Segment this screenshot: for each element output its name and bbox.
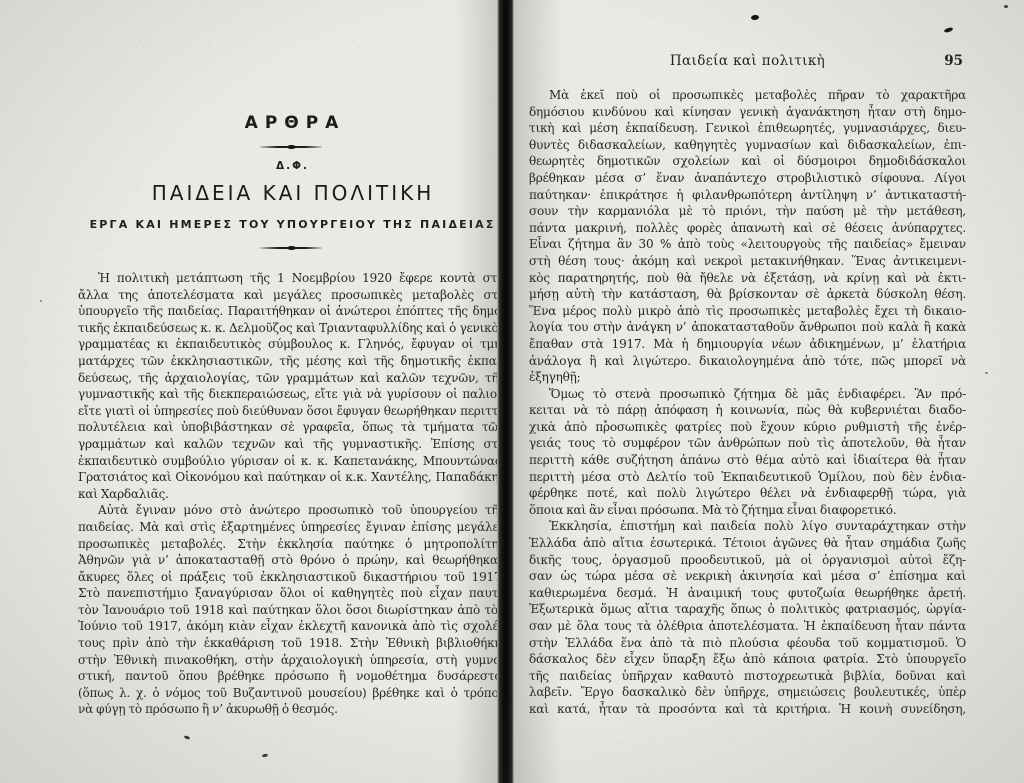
text-line: καὶ κατά, ἦταν τὰ προσόντα καὶ τὰ κριτήρ… — [529, 701, 966, 718]
text-line: Στὸ πανεπιστήμιο ξαναγύρισαν ὅλοι οἱ καθ… — [78, 585, 497, 602]
text-line: ἀνάλογα ἢ καὶ λιγώτερο. δικαιολογημένα ἀ… — [529, 353, 966, 370]
paragraph: Ἡ πολιτικὴ μετάπτωση τῆς 1 Νοεμβρίου 192… — [78, 270, 497, 502]
text-line: ματάρχες τῶν ἐκκλησιαστικῶν, τῆς μέσης κ… — [78, 353, 497, 370]
right-page: Παιδεία καὶ πολιτικὴ 95 Μὰ ἐκεῖ ποὺ οἱ π… — [514, 0, 1024, 783]
article-subtitle: ΕΡΓΑ ΚΑΙ ΗΜΕΡΕΣ ΤΟΥ ΥΠΟΥΡΓΕΙΟΥ ΤΗΣ ΠΑΙΔΕ… — [78, 218, 497, 231]
running-header-row: Παιδεία καὶ πολιτικὴ 95 — [529, 53, 966, 71]
text-line: μήσῃ αὐτὴ τὴν κατάσταση, θὰ βρίσκονταν σ… — [529, 286, 966, 303]
text-line: νὰ φύγῃ τὸ πρόσωπο ἢ ν’ ἀκυρωθῇ ὁ θεσμός… — [78, 701, 497, 718]
text-line: δικῆς τους, ὀργασμοῦ προοδευτικοῦ, μὰ οἱ… — [529, 552, 966, 569]
text-line: ὅποια καὶ ἂν εἶναι πρόσωπα. Μὰ τὸ ζήτημα… — [529, 502, 966, 519]
text-line: εἴτε γιατὶ οἱ ὑπηρεσίες ποὺ διεύθυναν ὅσ… — [78, 403, 497, 420]
text-line: Ἑλλάδα ἀπὸ αἴτια ἐσωτερικά. Τέτοιοι ἀγῶν… — [529, 535, 966, 552]
text-line: Εἶναι ζήτημα ἂν 30 % ἀπὸ τοὺς «λειτουργο… — [529, 236, 966, 253]
text-line: γραμματέας κι ἐκπαιδευτικὸς σύμβουλος κ.… — [78, 336, 497, 353]
ink-speck — [40, 300, 42, 302]
gutter-shade — [512, 0, 562, 783]
article-title: ΠΑΙΔΕΙΑ ΚΑΙ ΠΟΛΙΤΙΚΗ — [78, 181, 497, 205]
text-line: Ὅμως τὸ στενὰ προσωπικὸ ζήτημα δὲ μᾶς ἐν… — [529, 386, 966, 403]
text-line: γυμναστικῆς καὶ τῆς διεκπεραιώσεως, εἴτε… — [78, 386, 497, 403]
text-line: τῆς παιδείας ὑπῆρχαν καθαυτὸ πιστοχρεωτι… — [529, 668, 966, 685]
text-line: σαν ὡς τώρα μέσα σὲ νεκρικὴ ἀκινησία καὶ… — [529, 568, 966, 585]
divider-ornament — [260, 144, 322, 150]
text-line: δημόσιου κινδύνου καὶ κίνησαν γενικὴ ἀγα… — [529, 104, 966, 121]
text-line: ἐκπαιδευτικὸ συμβούλιο γύρισαν οἱ κ. κ. … — [78, 453, 497, 470]
ink-speck — [985, 372, 988, 374]
text-line: δεύσεως, τῆς ἀρχαιολογίας, τῶν γραμμάτων… — [78, 370, 497, 387]
text-line: Μὰ ἐκεῖ ποὺ οἱ προσωπικὲς μεταβολὲς πῆρα… — [529, 87, 966, 104]
text-line: θυντὲς διδασκαλείων, καθηγητὲς γυμνασίων… — [529, 137, 966, 154]
text-line: γραμμάτων καὶ καλῶν τεχνῶν καὶ τῆς γυμνα… — [78, 436, 497, 453]
text-line: Αὐτὰ ἔγιναν μόνο στὸ ἀνώτερο προσωπικὸ τ… — [78, 502, 497, 519]
book-scan: ΑΡΘΡΑ Δ.Φ. ΠΑΙΔΕΙΑ ΚΑΙ ΠΟΛΙΤΙΚΗ ΕΡΓΑ ΚΑΙ… — [0, 0, 1024, 783]
paragraph: Ἐκκλησία, ἐπιστήμη καὶ παιδεία πολὺ λίγο… — [529, 518, 966, 717]
text-line: Ἕνα μέρος πολὺ μικρὸ ἀπὸ τὶς προσωπικὲς … — [529, 303, 966, 320]
text-line: χικὰ ἀπὸ προσωπικὲς φατρίες ποὺ ἔχουν κύ… — [529, 419, 966, 436]
text-line: ἔπαθαν στὰ 1917. Μὰ ἡ δημιουργία νέων ἀδ… — [529, 336, 966, 353]
section-heading: ΑΡΘΡΑ — [78, 113, 497, 133]
text-line: κὸς παρατηρητής, ποὺ θὰ ἤθελε νὰ ἐξετάσῃ… — [529, 270, 966, 287]
text-line: φέρθηκε ποτέ, καὶ πολὺ λιγώτερο θέλει νὰ… — [529, 485, 966, 502]
text-line: Ἐξωτερικὰ ὅμως αἴτια ταραχῆς ὅπως ὁ πολι… — [529, 601, 966, 618]
text-line: τὸν Ἰανουάριο τοῦ 1918 καὶ παύτηκαν ὅλοι… — [78, 602, 497, 619]
text-line: τικῆς ἐκπαιδεύσεως κ. κ. Δελμοῦζος καὶ Τ… — [78, 320, 497, 337]
right-page-body: Μὰ ἐκεῖ ποὺ οἱ προσωπικὲς μεταβολὲς πῆρα… — [529, 87, 966, 718]
running-header: Παιδεία καὶ πολιτικὴ — [529, 53, 966, 69]
left-page: ΑΡΘΡΑ Δ.Φ. ΠΑΙΔΕΙΑ ΚΑΙ ΠΟΛΙΤΙΚΗ ΕΡΓΑ ΚΑΙ… — [0, 0, 497, 783]
text-line: στὴν Ἑλλάδα ἕνα ἀπὸ τὰ πιὸ πλούσια φέουδ… — [529, 635, 966, 652]
page-number: 95 — [944, 53, 963, 69]
text-line: προσωπικὲς μεταβολές. Στὴν ἐκκλησία παύτ… — [78, 536, 497, 553]
text-line: (ὅπως λ. χ. ὁ νόμος τοῦ Βυζαντινοῦ μουσε… — [78, 685, 497, 702]
text-line: ὑπουργεῖο τῆς παιδείας. Παραιτήθηκαν οἱ … — [78, 303, 497, 320]
paragraph: Μὰ ἐκεῖ ποὺ οἱ προσωπικὲς μεταβολὲς πῆρα… — [529, 87, 966, 386]
text-line: καὶ Χαρδαλιᾶς. — [78, 486, 497, 503]
ink-speck — [1004, 5, 1008, 8]
text-line: Ἡ πολιτικὴ μετάπτωση τῆς 1 Νοεμβρίου 192… — [78, 270, 497, 287]
text-line: στὴ θέση τους· ἀκόμη καὶ νεκροὶ μετακινή… — [529, 253, 966, 270]
text-line: πολυτέλεια καὶ ὑποβιβάστηκαν σὲ γραφεῖα,… — [78, 419, 497, 436]
text-line: σαν μὲ ὅλα τους τὰ ὀλέθρια ἀποτελέσματα.… — [529, 618, 966, 635]
text-line: σουν τὴν καρμανιόλα μὲ τὸ πριόνι, τὴν πα… — [529, 203, 966, 220]
text-line: παιδείας. Μὰ καὶ στὶς ἐξαρτημένες ὑπηρεσ… — [78, 519, 497, 536]
text-line: Ἐκκλησία, ἐπιστήμη καὶ παιδεία πολὺ λίγο… — [529, 518, 966, 535]
text-line: περιττὴ κάθε συζήτηση ἀπάνω στὸ θέμα αὐτ… — [529, 452, 966, 469]
text-line: Ἀθηνῶν γιὰ ν’ ἀποκατασταθῇ στὸ θρόνο ὁ π… — [78, 552, 497, 569]
gutter-shade — [455, 0, 499, 783]
ink-speck — [604, 420, 607, 423]
text-line: Γρατσιάτος καὶ Οἰκονόμου καὶ παύτηκαν οἱ… — [78, 469, 497, 486]
text-line: στὴν Ἐθνικὴ πινακοθήκη, στὴν ἀρχαιολογικ… — [78, 652, 497, 669]
author-initials: Δ.Φ. — [78, 160, 497, 172]
text-line: κειται νὰ τὸ πάρῃ ἀπόφαση ἡ κοινωνία, πὼ… — [529, 402, 966, 419]
left-page-body: Ἡ πολιτικὴ μετάπτωση τῆς 1 Νοεμβρίου 192… — [78, 270, 497, 718]
text-line: στική, παντοῦ ὅπου βρέθηκε πρόσωπο ἢ νομ… — [78, 668, 497, 685]
text-line: πάντα μακρινή, πολλὲς φορὲς ἀπανωτὴ καὶ … — [529, 220, 966, 237]
text-line: τους πρὶν ἀπὸ τὴν ἐκκαθάριση τοῦ 1918. Σ… — [78, 635, 497, 652]
text-line: λογία του στὴν ἀνάγκη ν’ ἀποκατασταθοῦν … — [529, 319, 966, 336]
paragraph: Αὐτὰ ἔγιναν μόνο στὸ ἀνώτερο προσωπικὸ τ… — [78, 502, 497, 718]
text-line: δάσκαλος δὲν εἶχεν ὕπαρξη ἔξω ἀπὸ κάποια… — [529, 651, 966, 668]
text-line: ἄλλα της ἀποτελέσματα καὶ μεγάλες προσωπ… — [78, 287, 497, 304]
divider-ornament — [260, 245, 322, 251]
paragraph: Ὅμως τὸ στενὰ προσωπικὸ ζήτημα δὲ μᾶς ἐν… — [529, 386, 966, 519]
text-line: καθιερωμένα δεσμά. Ἡ ἀναιμική τους φυτοζ… — [529, 585, 966, 602]
text-line: γειάς τους τὸ συμφέρον τῶν ἀνθρώπων ποὺ … — [529, 435, 966, 452]
text-line: τικὴ καὶ μέση ἐκπαίδευση. Γενικοὶ ἐπιθεω… — [529, 120, 966, 137]
text-line: θεωρητὲς δημοτικῶν σχολείων καὶ οἱ δύσμο… — [529, 153, 966, 170]
text-line: βρέθηκαν μέσα σ’ ἕναν ἀναπάντεχο στροβιλ… — [529, 170, 966, 187]
text-line: ἐξηγηθῇ; — [529, 369, 966, 386]
text-line: ἄκυρες ὅλες οἱ πράξεις τοῦ ἐκκλησιαστικο… — [78, 569, 497, 586]
text-line: παύτηκαν· ἐπικράτησε ἡ φιλανθρωπότερη ἀν… — [529, 187, 966, 204]
text-line: περιττὴ μέσα στὸ Δελτίο τοῦ Ἐκπαιδευτικο… — [529, 469, 966, 486]
text-line: Ἰούνιο τοῦ 1917, ἀκόμη κιὰν εἶχαν ἐκλεχτ… — [78, 618, 497, 635]
book-gutter — [497, 0, 514, 783]
text-line: λαβεῖν. Ἔργο δασκαλικὸ δὲν ὑπῆρχε, σημει… — [529, 684, 966, 701]
